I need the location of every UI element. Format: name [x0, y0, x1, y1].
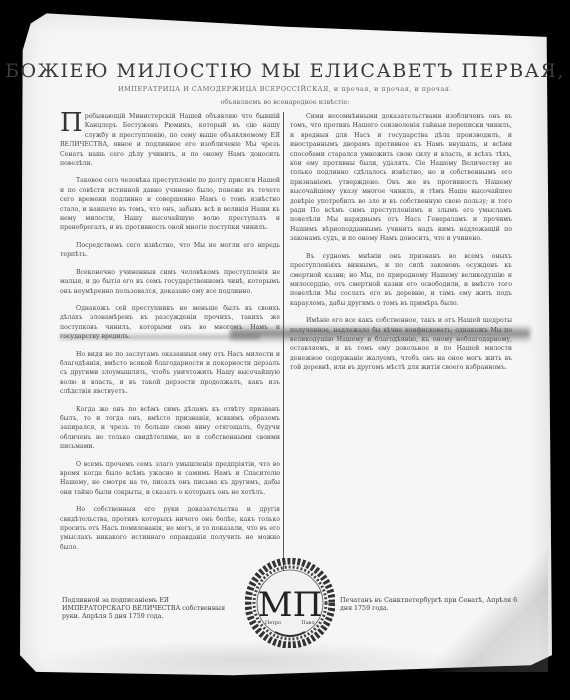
manifest-proclamation-line: объявляемъ во всенародное извѣстіе: [0, 98, 570, 106]
column-divider [283, 112, 284, 587]
paragraph: Однакожъ сей преступникъ не меньше былъ … [60, 304, 280, 342]
paragraph: Имѣніе его все какъ собственное, такъ и … [290, 316, 512, 372]
paragraph: П ребывающій Министерскій Нашей объявляю… [60, 112, 280, 168]
svg-text:Павл: Павл [301, 620, 314, 626]
paragraph: Въ судномъ мнѣніи онъ признанъ во всемъ … [290, 252, 512, 308]
seal-monogram: МП [258, 585, 322, 625]
paragraph: Таковое сего человѣка преступленіе по до… [60, 176, 280, 232]
svg-text:Петро: Петро [265, 620, 281, 626]
imperial-seal-icon: МП Петро Павл [245, 558, 335, 648]
signature-note: Подлинной за подписаніемъ ЕЯ ИМПЕРАТОРСК… [62, 597, 237, 621]
manifest-subtitle: ИМПЕРАТРИЦА И САМОДЕРЖИЦА ВСЕРОССІЙСКАЯ,… [0, 85, 570, 93]
right-text-column: Сими несомнѣнными доказательствами изобл… [290, 112, 512, 381]
paragraph: Сими несомнѣнными доказательствами изобл… [290, 112, 512, 244]
paragraph: Но видя не по заслугамъ оказанныя ему от… [60, 350, 280, 397]
printing-note: Печатанъ въ Санктпетербургѣ при Сенатѣ, … [340, 597, 520, 613]
paragraph: Когда же онъ по всѣмъ симъ дѣламъ къ отв… [60, 405, 280, 452]
drop-cap: П [60, 112, 83, 134]
paragraph: Но собственныя его руки доказательства и… [60, 505, 280, 552]
paragraph: Всеконечно учиненныя симъ человѣкомъ пре… [60, 268, 280, 296]
paragraph: О всемъ прочемъ семъ злаго умышленія пре… [60, 460, 280, 498]
manifest-title: БОЖІЕЮ МИЛОСТІЮ МЫ ЕЛИСАВЕТЪ ПЕРВАЯ, [0, 60, 570, 82]
paragraph: Посредствомъ сего извѣстно, что Мы не мо… [60, 241, 280, 260]
left-text-column: П ребывающій Министерскій Нашей объявляю… [60, 112, 280, 560]
